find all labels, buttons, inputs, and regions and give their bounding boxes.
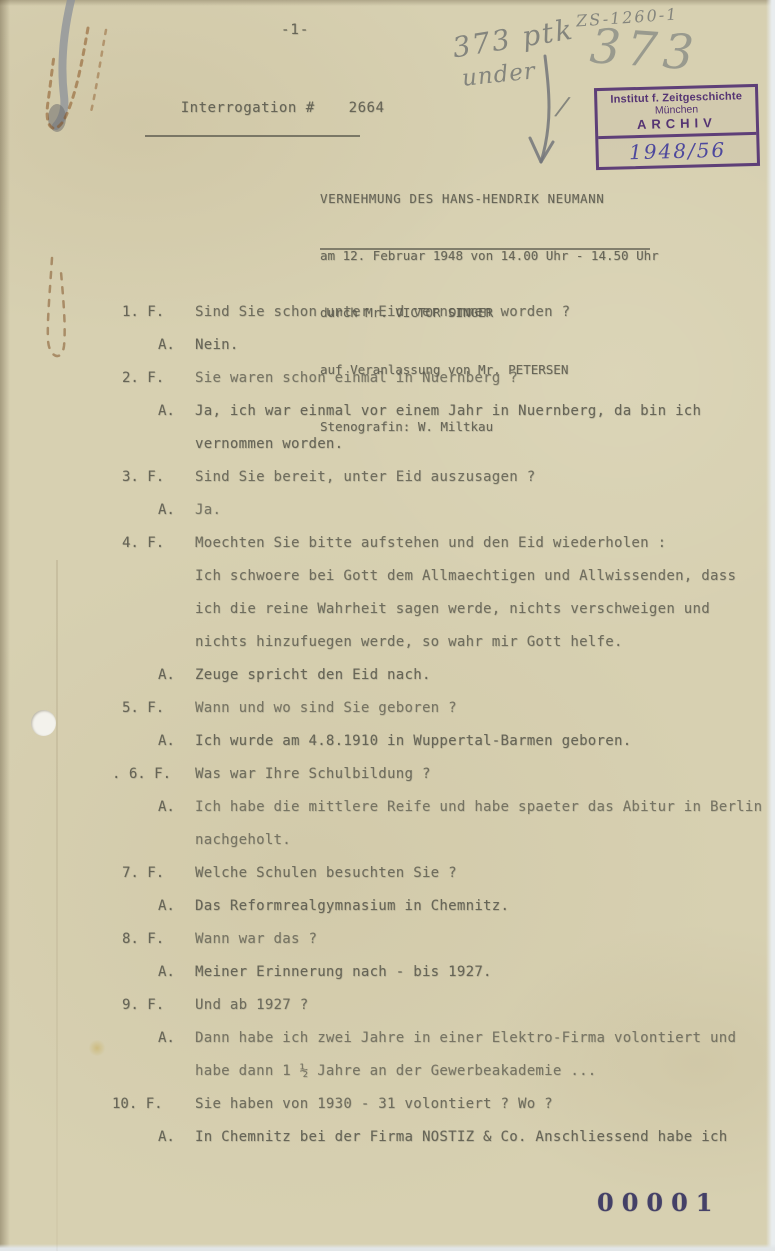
qa-text: Ich wurde am 4.8.1910 in Wuppertal-Barme… xyxy=(195,725,775,758)
qa-text-line: Was war Ihre Schulbildung ? xyxy=(195,758,775,791)
qa-speaker-label: 1. F. xyxy=(122,296,164,329)
qa-speaker-label: 2. F. xyxy=(122,362,164,395)
qa-text: Wann und wo sind Sie geboren ? xyxy=(195,692,775,725)
pencil-large-number: 373 xyxy=(588,18,701,82)
interrogation-label: Interrogation # xyxy=(181,100,315,116)
qa-text-line: Sie haben von 1930 - 31 volontiert ? Wo … xyxy=(195,1088,775,1121)
qa-question: 4. F.Moechten Sie bitte aufstehen und de… xyxy=(0,527,775,659)
qa-text-line: Ich wurde am 4.8.1910 in Wuppertal-Barme… xyxy=(195,725,775,758)
pencil-note-under: under xyxy=(461,58,537,92)
qa-text: Meiner Erinnerung nach - bis 1927. xyxy=(195,956,775,989)
qa-text: Ja, ich war einmal vor einem Jahr in Nue… xyxy=(195,395,775,461)
scanned-document-page: -1- Interrogation #2664 ZS-1260-1 373 37… xyxy=(0,0,775,1251)
qa-text-line: Sind Sie schon unter Eid vernommen worde… xyxy=(195,296,775,329)
qa-answer: A.Nein. xyxy=(0,329,775,362)
qa-question: 9. F.Und ab 1927 ? xyxy=(0,989,775,1022)
qa-speaker-label: 7. F. xyxy=(122,857,164,890)
qa-text-line: Meiner Erinnerung nach - bis 1927. xyxy=(195,956,775,989)
qa-text: Ich habe die mittlere Reife und habe spa… xyxy=(195,791,775,857)
qa-text: Sind Sie schon unter Eid vernommen worde… xyxy=(195,296,775,329)
qa-speaker-label: A. xyxy=(158,725,175,758)
qa-answer: A.Zeuge spricht den Eid nach. xyxy=(0,659,775,692)
qa-text-line: Nein. xyxy=(195,329,775,362)
scan-edge-bottom xyxy=(0,1244,775,1251)
qa-text-line: Sind Sie bereit, unter Eid auszusagen ? xyxy=(195,461,775,494)
qa-list: 1. F.Sind Sie schon unter Eid vernommen … xyxy=(0,296,775,1154)
qa-text-line: Ich schwoere bei Gott dem Allmaechtigen … xyxy=(195,560,775,593)
qa-speaker-label: 5. F. xyxy=(122,692,164,725)
qa-text: Und ab 1927 ? xyxy=(195,989,775,1022)
page-sequence-stamp: 00001 xyxy=(597,1188,721,1217)
qa-text: Sind Sie bereit, unter Eid auszusagen ? xyxy=(195,461,775,494)
qa-text: Wann war das ? xyxy=(195,923,775,956)
pencil-slash-mark: / xyxy=(555,91,569,122)
qa-answer: A.Ich habe die mittlere Reife und habe s… xyxy=(0,791,775,857)
qa-question: 2. F.Sie waren schon einmal in Nuernberg… xyxy=(0,362,775,395)
interrogation-title: Interrogation #2664 xyxy=(145,84,360,137)
qa-speaker-label: A. xyxy=(158,1022,175,1055)
header-rule xyxy=(320,248,650,250)
qa-answer: A.Dann habe ich zwei Jahre in einer Elek… xyxy=(0,1022,775,1088)
qa-speaker-label: 4. F. xyxy=(122,527,164,560)
qa-text: Sie waren schon einmal in Nuernberg ? xyxy=(195,362,775,395)
pencil-note-top: 373 ptk xyxy=(450,13,576,65)
qa-speaker-label: A. xyxy=(158,890,175,923)
qa-answer: A.Meiner Erinnerung nach - bis 1927. xyxy=(0,956,775,989)
qa-question: 10. F.Sie haben von 1930 - 31 volontiert… xyxy=(0,1088,775,1121)
qa-text: Zeuge spricht den Eid nach. xyxy=(195,659,775,692)
qa-speaker-label: 9. F. xyxy=(122,989,164,1022)
qa-speaker-label: A. xyxy=(158,956,175,989)
qa-text-line: habe dann 1 ½ Jahre an der Gewerbeakadem… xyxy=(195,1055,775,1088)
qa-speaker-label: A. xyxy=(158,1121,175,1154)
qa-question: 8. F.Wann war das ? xyxy=(0,923,775,956)
qa-speaker-label: . 6. F. xyxy=(112,758,171,791)
page-number: -1- xyxy=(281,22,309,38)
qa-text: Das Reformrealgymnasium in Chemnitz. xyxy=(195,890,775,923)
qa-answer: A.In Chemnitz bei der Firma NOSTIZ & Co.… xyxy=(0,1121,775,1154)
qa-text-line: Sie waren schon einmal in Nuernberg ? xyxy=(195,362,775,395)
qa-speaker-label: A. xyxy=(158,329,175,362)
qa-speaker-label: A. xyxy=(158,659,175,692)
qa-text-line: Wann und wo sind Sie geboren ? xyxy=(195,692,775,725)
qa-text: Moechten Sie bitte aufstehen und den Eid… xyxy=(195,527,775,659)
qa-text: Welche Schulen besuchten Sie ? xyxy=(195,857,775,890)
qa-text-line: nachgeholt. xyxy=(195,824,775,857)
down-arrow-icon xyxy=(541,56,549,162)
qa-answer: A.Ja, ich war einmal vor einem Jahr in N… xyxy=(0,395,775,461)
paperclip-icon xyxy=(56,0,72,126)
qa-text: Was war Ihre Schulbildung ? xyxy=(195,758,775,791)
qa-question: 5. F.Wann und wo sind Sie geboren ? xyxy=(0,692,775,725)
qa-question: 1. F.Sind Sie schon unter Eid vernommen … xyxy=(0,296,775,329)
qa-text-line: Dann habe ich zwei Jahre in einer Elektr… xyxy=(195,1022,775,1055)
qa-speaker-label: A. xyxy=(158,494,175,527)
qa-speaker-label: A. xyxy=(158,395,175,428)
qa-text: Ja. xyxy=(195,494,775,527)
qa-text: Nein. xyxy=(195,329,775,362)
qa-speaker-label: A. xyxy=(158,791,175,824)
qa-text: In Chemnitz bei der Firma NOSTIZ & Co. A… xyxy=(195,1121,775,1154)
qa-question: . 6. F.Was war Ihre Schulbildung ? xyxy=(0,758,775,791)
session-title: VERNEHMUNG DES HANS-HENDRIK NEUMANN xyxy=(320,189,659,208)
qa-text-line: Ja, ich war einmal vor einem Jahr in Nue… xyxy=(195,395,775,428)
qa-speaker-label: 8. F. xyxy=(122,923,164,956)
qa-text: Sie haben von 1930 - 31 volontiert ? Wo … xyxy=(195,1088,775,1121)
qa-speaker-label: 3. F. xyxy=(122,461,164,494)
qa-answer: A.Das Reformrealgymnasium in Chemnitz. xyxy=(0,890,775,923)
qa-text-line: Und ab 1927 ? xyxy=(195,989,775,1022)
qa-text-line: Wann war das ? xyxy=(195,923,775,956)
qa-answer: A.Ich wurde am 4.8.1910 in Wuppertal-Bar… xyxy=(0,725,775,758)
qa-text-line: Zeuge spricht den Eid nach. xyxy=(195,659,775,692)
qa-answer: A.Ja. xyxy=(0,494,775,527)
qa-text-line: In Chemnitz bei der Firma NOSTIZ & Co. A… xyxy=(195,1121,775,1154)
qa-text: Dann habe ich zwei Jahre in einer Elektr… xyxy=(195,1022,775,1088)
qa-text-line: Welche Schulen besuchten Sie ? xyxy=(195,857,775,890)
qa-text-line: Ja. xyxy=(195,494,775,527)
qa-speaker-label: 10. F. xyxy=(112,1088,163,1121)
qa-question: 3. F.Sind Sie bereit, unter Eid auszusag… xyxy=(0,461,775,494)
qa-text-line: vernommen worden. xyxy=(195,428,775,461)
qa-text-line: Ich habe die mittlere Reife und habe spa… xyxy=(195,791,775,824)
qa-text-line: Das Reformrealgymnasium in Chemnitz. xyxy=(195,890,775,923)
qa-text-line: nichts hinzufuegen werde, so wahr mir Go… xyxy=(195,626,775,659)
rust-mark-icon xyxy=(47,28,88,128)
qa-text-line: ich die reine Wahrheit sagen werde, nich… xyxy=(195,593,775,626)
interrogation-number: 2664 xyxy=(349,100,385,116)
qa-text-line: Moechten Sie bitte aufstehen und den Eid… xyxy=(195,527,775,560)
qa-question: 7. F.Welche Schulen besuchten Sie ? xyxy=(0,857,775,890)
